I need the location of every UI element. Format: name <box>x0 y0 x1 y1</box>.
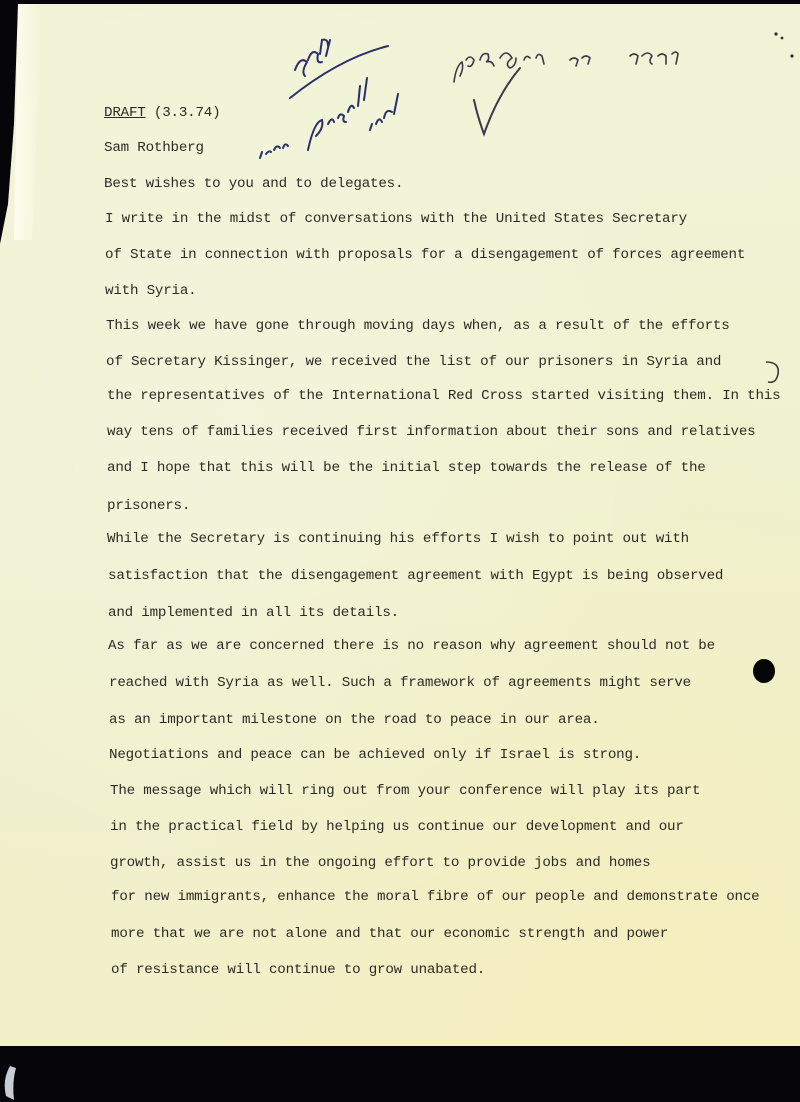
body-line: prisoners. <box>107 497 190 515</box>
body-line: of State in connection with proposals fo… <box>105 246 745 264</box>
body-line: with Syria. <box>105 282 196 300</box>
body-line: of resistance will continue to grow unab… <box>111 961 485 979</box>
body-line: the representatives of the International… <box>107 387 780 405</box>
punch-hole-icon <box>753 659 775 683</box>
draft-label: DRAFT <box>104 105 146 121</box>
body-line: growth, assist us in the ongoing effort … <box>110 854 650 872</box>
body-line: This week we have gone through moving da… <box>106 317 730 335</box>
body-line: and I hope that this will be the initial… <box>107 459 706 477</box>
body-line: The message which will ring out from you… <box>110 782 700 800</box>
corner-marks <box>770 28 800 68</box>
body-line: As far as we are concerned there is no r… <box>108 637 715 655</box>
body-line: reached with Syria as well. Such a frame… <box>109 674 691 692</box>
handwritten-annotation-right <box>440 30 720 150</box>
draft-heading: DRAFT (3.3.74) <box>104 104 220 122</box>
body-line: for new immigrants, enhance the moral fi… <box>111 888 759 906</box>
body-line: Negotiations and peace can be achieved o… <box>109 746 641 764</box>
body-line: satisfaction that the disengagement agre… <box>108 567 723 585</box>
body-line: of Secretary Kissinger, we received the … <box>106 353 721 371</box>
scanner-edge-marker <box>4 1066 20 1100</box>
body-line: I write in the midst of conversations wi… <box>105 210 687 228</box>
draft-date: (3.3.74) <box>154 105 221 121</box>
handwritten-annotation-center <box>250 20 440 170</box>
body-line: way tens of families received first info… <box>107 423 755 441</box>
body-line: and implemented in all its details. <box>108 604 399 622</box>
body-line: as an important milestone on the road to… <box>109 711 600 729</box>
body-line: Best wishes to you and to delegates. <box>104 175 403 193</box>
body-line: in the practical field by helping us con… <box>110 818 684 836</box>
scanned-document: DRAFT (3.3.74) Sam Rothberg Best wishes … <box>0 0 800 1102</box>
body-line: more that we are not alone and that our … <box>111 925 668 943</box>
recipient-name: Sam Rothberg <box>104 139 204 157</box>
punch-hole-arc-icon <box>764 358 784 388</box>
checkmark-icon <box>474 68 520 134</box>
body-line: While the Secretary is continuing his ef… <box>107 530 689 548</box>
